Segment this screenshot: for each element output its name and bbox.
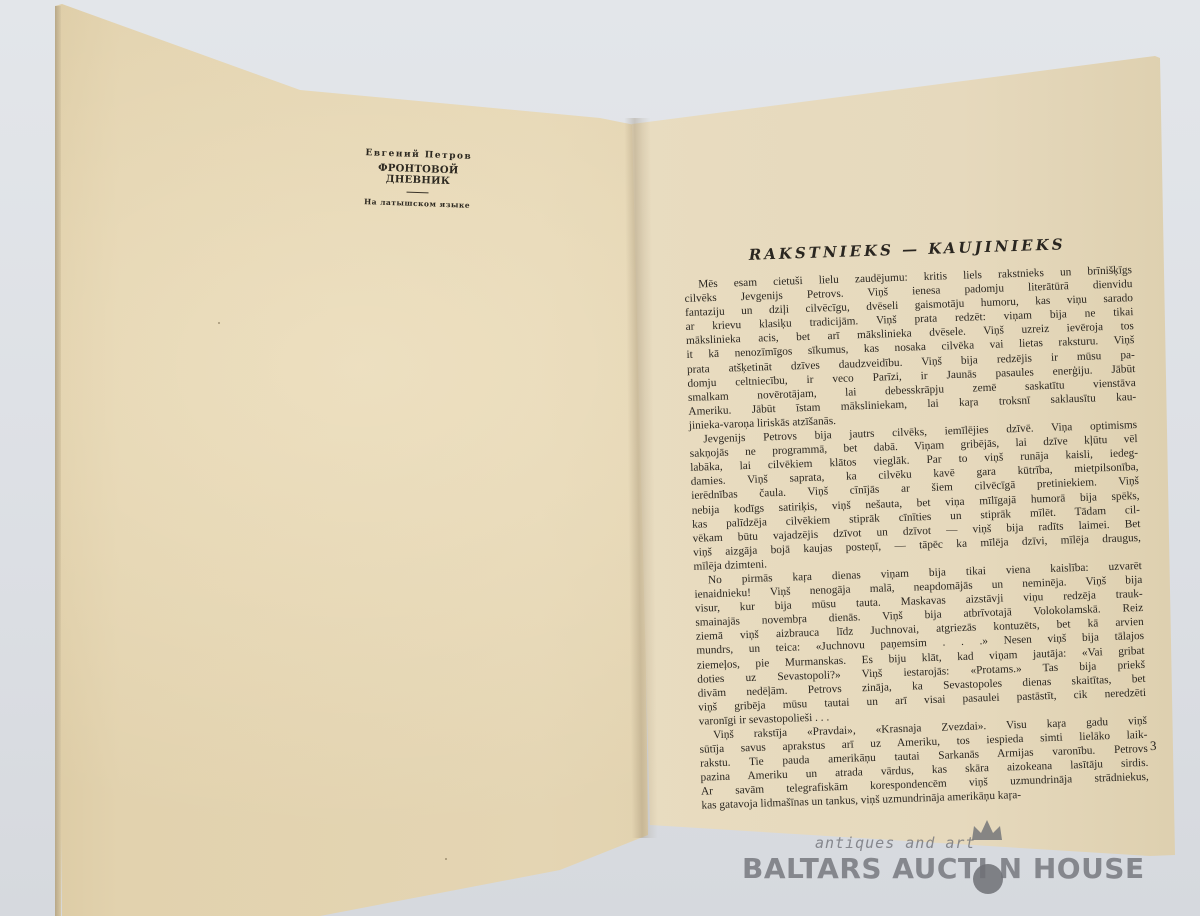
paper-speck bbox=[218, 322, 220, 324]
book-photo: Евгений Петров ФРОНТОВОЙ ДНЕВНИК На латы… bbox=[0, 0, 1200, 916]
watermark-emblem bbox=[973, 864, 1003, 894]
paragraph-list: Mēs esam cietuši lielu zaudējumu: kritis… bbox=[684, 263, 1150, 813]
page-number: 3 bbox=[1150, 738, 1157, 754]
left-page-edge bbox=[55, 6, 61, 916]
imprint-block: Евгений Петров ФРОНТОВОЙ ДНЕВНИК На латы… bbox=[347, 148, 489, 211]
imprint-title: ФРОНТОВОЙ ДНЕВНИК bbox=[348, 162, 489, 189]
paper-speck bbox=[445, 858, 447, 860]
paragraph: Viņš rakstīja «Pravdai», «Krasnaja Zvezd… bbox=[699, 714, 1150, 813]
auction-watermark: antiques and art BALTARS AUCTI N HOUSE bbox=[720, 820, 1140, 900]
paragraph: No pirmās kaŗa dienas viņam bija tikai v… bbox=[694, 559, 1147, 729]
paragraph: Jevgenijs Petrovs bija jautrs cilvēks, i… bbox=[689, 418, 1141, 574]
paragraph: Mēs esam cietuši lielu zaudējumu: kritis… bbox=[684, 263, 1137, 433]
imprint-divider bbox=[407, 192, 429, 194]
chapter-text: RAKSTNIEKS — KAUJINIEKS Mēs esam cietuši… bbox=[683, 233, 1150, 813]
watermark-name: BALTARS AUCTI N HOUSE bbox=[742, 852, 1145, 885]
watermark-tagline: antiques and art bbox=[815, 834, 976, 852]
